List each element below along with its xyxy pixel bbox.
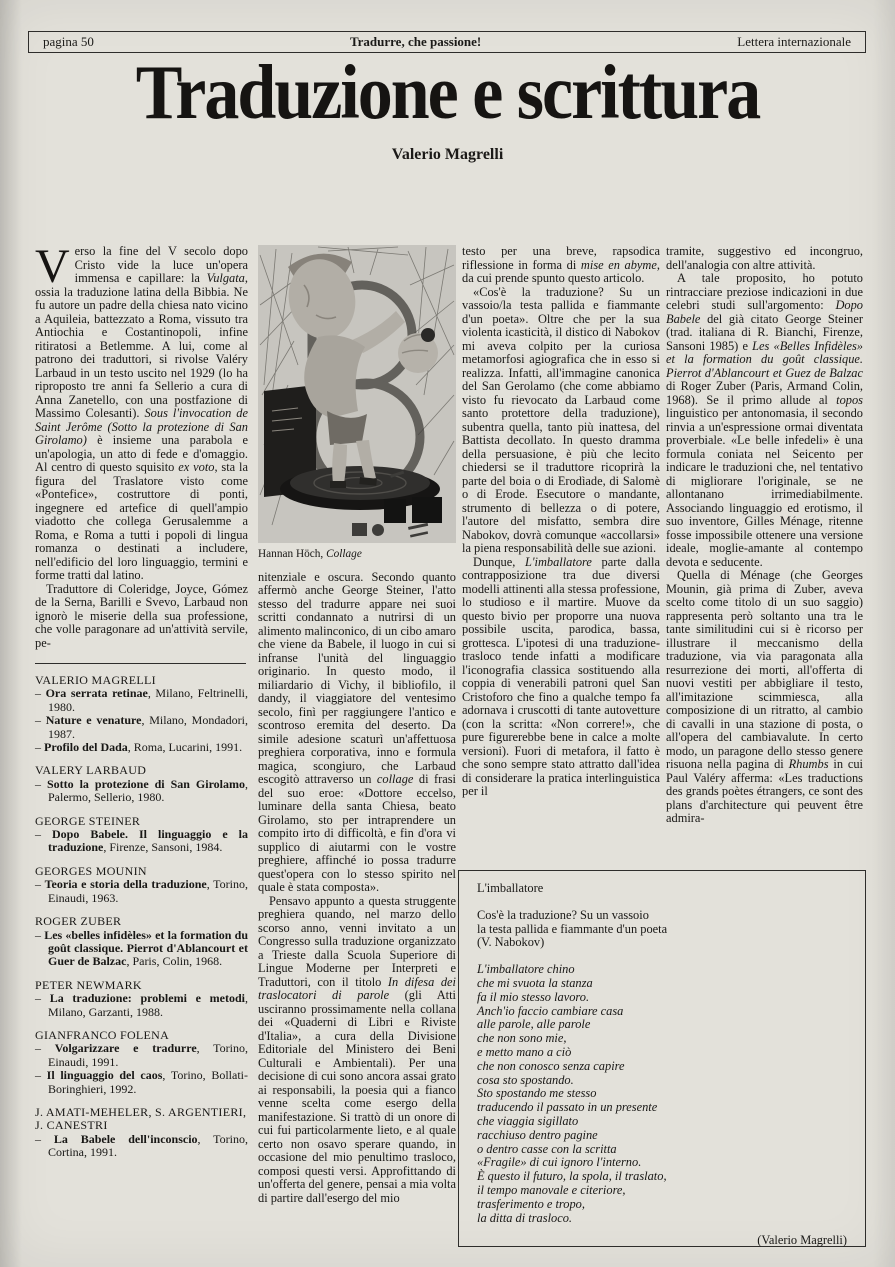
article-paragraph: A tale proposito, ho potuto rintracciare…: [666, 272, 863, 569]
poem-line: cosa sto spostando.: [477, 1074, 847, 1088]
bib-author: GEORGES MOUNIN: [35, 865, 248, 878]
article-paragraph: testo per una breve, rapsodica riflessio…: [462, 245, 660, 286]
poem-epigraph: Cos'è la traduzione? Su un vassoiola tes…: [477, 909, 847, 950]
bib-author: GIANFRANCO FOLENA: [35, 1029, 248, 1042]
drop-cap: V: [35, 245, 75, 285]
poem-box-title: L'imballatore: [477, 882, 847, 896]
bib-entry: – Les «belles infidèles» et la formation…: [35, 929, 248, 969]
poem-line: il tempo manovale e citeriore,: [477, 1184, 847, 1198]
poem-line: che non sono mie,: [477, 1032, 847, 1046]
small-sphere: [421, 328, 435, 342]
column-4: tramite, suggestivo ed incongruo, dell'a…: [666, 245, 863, 865]
poem-box: L'imballatore Cos'è la traduzione? Su un…: [458, 870, 866, 1247]
collage-figure: Hannan Höch, Collage: [258, 245, 456, 562]
image-caption: Hannan Höch, Collage: [258, 548, 456, 562]
bib-entry: – Nature e venature, Milano, Mondadori, …: [35, 714, 248, 741]
article-author: Valerio Magrelli: [0, 146, 895, 164]
poem-signature: (Valerio Magrelli): [477, 1234, 847, 1248]
poem-line: alle parole, alle parole: [477, 1018, 847, 1032]
bib-author: VALERIO MAGRELLI: [35, 674, 248, 687]
bib-entry: – Profilo del Dada, Roma, Lucarini, 1991…: [35, 741, 248, 754]
epigraph-line: (V. Nabokov): [477, 936, 847, 950]
poem-line: che non conosco senza capire: [477, 1060, 847, 1074]
poem-line: «Fragile» di cui ignoro l'interno.: [477, 1156, 847, 1170]
bibliography: VALERIO MAGRELLI– Ora serrata retinae, M…: [35, 674, 248, 1160]
column-2: Hannan Höch, Collage nitenziale e oscura…: [258, 245, 456, 1235]
black-square: [384, 499, 406, 523]
poem-line: traducendo il passato in un presente: [477, 1101, 847, 1115]
bib-entry: – La traduzione: problemi e metodi, Mila…: [35, 992, 248, 1019]
collage-image: [258, 245, 456, 543]
poem-line: È questo il futuro, la spola, il traslat…: [477, 1170, 847, 1184]
article-paragraph: Pensavo appunto a questa struggente preg…: [258, 895, 456, 1206]
poem-line: che mi svuota la stanza: [477, 977, 847, 991]
poem-line: racchiuso dentro pagine: [477, 1129, 847, 1143]
bib-entry: – Teoria e storia della traduzione, Tori…: [35, 878, 248, 905]
bib-author: J. AMATI-MEHELER, S. ARGENTIERI, J. CANE…: [35, 1106, 248, 1133]
epigraph-line: la testa pallida e fiammante d'un poeta: [477, 923, 847, 937]
article-title: Traduzione e scrittura: [0, 50, 895, 138]
column-1: Verso la fine del V secolo dopo Cristo v…: [35, 245, 248, 1160]
header-section-title: Tradurre, che passione!: [350, 34, 481, 50]
article-paragraph: nitenziale e oscura. Secondo quanto affe…: [258, 571, 456, 895]
figure-shoe: [330, 481, 346, 488]
poem-line: Sto spostando me stesso: [477, 1087, 847, 1101]
poem-line: L'imballatore chino: [477, 963, 847, 977]
bib-entry: – Sotto la protezione di San Girolamo, P…: [35, 778, 248, 805]
bibliography-divider: [35, 663, 246, 664]
poem-line: fa il mio stesso lavoro.: [477, 991, 847, 1005]
black-square: [412, 497, 442, 523]
poem-line: la ditta di trasloco.: [477, 1212, 847, 1226]
article-paragraph: Verso la fine del V secolo dopo Cristo v…: [35, 245, 248, 583]
bib-entry: – Dopo Babele. Il linguaggio e la traduz…: [35, 828, 248, 855]
column-3: testo per una breve, rapsodica riflessio…: [462, 245, 660, 865]
poem-line: trasferimento e tropo,: [477, 1198, 847, 1212]
bib-entry: – Volgarizzare e tradurre, Torino, Einau…: [35, 1042, 248, 1069]
article-paragraph: tramite, suggestivo ed incongruo, dell'a…: [666, 245, 863, 272]
journal-name: Lettera internazionale: [737, 34, 851, 50]
bib-entry: – La Babele dell'inconscio, Torino, Cort…: [35, 1133, 248, 1160]
bib-author: PETER NEWMARK: [35, 979, 248, 992]
poem-line: e metto mano a ciò: [477, 1046, 847, 1060]
bib-entry: – Ora serrata retinae, Milano, Feltrinel…: [35, 687, 248, 714]
epigraph-line: Cos'è la traduzione? Su un vassoio: [477, 909, 847, 923]
article-paragraph: Traduttore di Coleridge, Joyce, Gómez de…: [35, 583, 248, 651]
article-paragraph: «Cos'è la traduzione? Su un vassoio/la t…: [462, 286, 660, 556]
poem-body: L'imballatore chinoche mi svuota la stan…: [477, 963, 847, 1225]
bib-entry: – Il linguaggio del caos, Torino, Bollat…: [35, 1069, 248, 1096]
poem-line: che viaggia sigillato: [477, 1115, 847, 1129]
poem-line: Anch'io faccio cambiare casa: [477, 1005, 847, 1019]
article-paragraph: Dunque, L'imballatore parte dalla contra…: [462, 556, 660, 799]
magazine-page: pagina 50 Tradurre, che passione! Letter…: [0, 0, 895, 1267]
article-paragraph: Quella di Ménage (che Georges Mounin, gi…: [666, 569, 863, 826]
bib-author: ROGER ZUBER: [35, 915, 248, 928]
bib-author: VALERY LARBAUD: [35, 764, 248, 777]
page-number: pagina 50: [43, 34, 94, 50]
poem-line: o dentro casse con la scritta: [477, 1143, 847, 1157]
bib-author: GEORGE STEINER: [35, 815, 248, 828]
